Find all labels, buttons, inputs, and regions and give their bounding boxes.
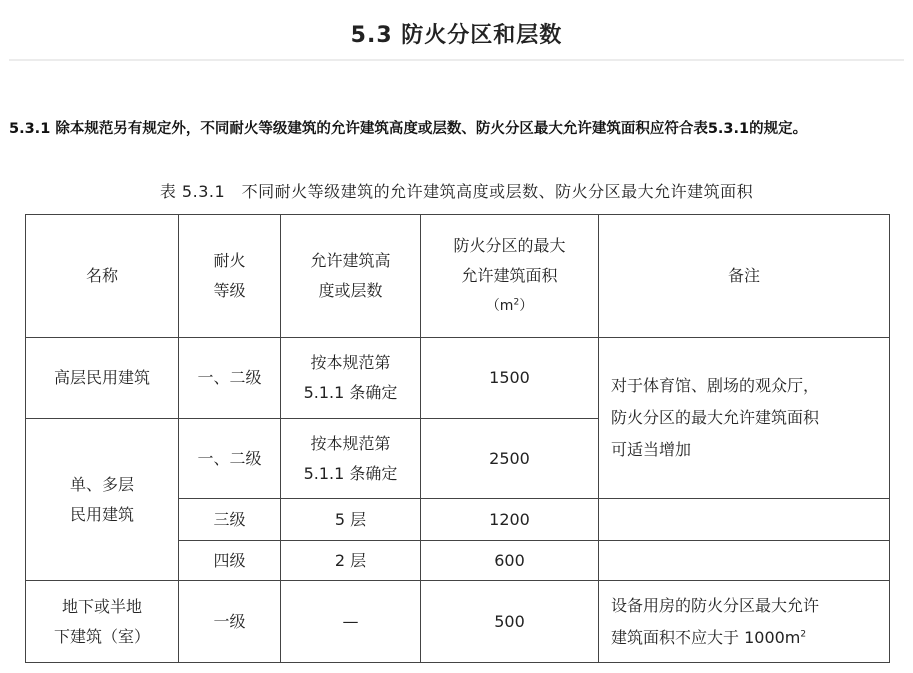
cell-name: 单、多层 民用建筑 xyxy=(26,419,179,581)
header-allowed-height: 允许建筑高 度或层数 xyxy=(281,215,421,338)
cell-height: — xyxy=(281,581,421,663)
table-row: 地下或半地 下建筑（室） 一级 — 500 设备用房的防火分区最大允许 建筑面积… xyxy=(26,581,890,663)
cell-note xyxy=(599,499,890,541)
cell-height: 按本规范第 5.1.1 条确定 xyxy=(281,419,421,499)
cell-note xyxy=(599,541,890,581)
cell-area: 600 xyxy=(421,541,599,581)
cell-note-merged: 对于体育馆、剧场的观众厅， 防火分区的最大允许建筑面积 可适当增加 xyxy=(599,338,890,499)
cell-note: 设备用房的防火分区最大允许 建筑面积不应大于 1000m2 xyxy=(599,581,890,663)
cell-height: 5 层 xyxy=(281,499,421,541)
cell-rating: 一级 xyxy=(179,581,281,663)
cell-height: 2 层 xyxy=(281,541,421,581)
fire-compartment-table: 名称 耐火 等级 允许建筑高 度或层数 防火分区的最大 允许建筑面积 （m2） … xyxy=(25,214,890,663)
section-title: 5.3 防火分区和层数 xyxy=(0,18,913,49)
cell-rating: 四级 xyxy=(179,541,281,581)
cell-area: 2500 xyxy=(421,419,599,499)
clause-paragraph: 5.3.1 除本规范另有规定外，不同耐火等级建筑的允许建筑高度或层数、防火分区最… xyxy=(9,116,904,143)
table-header-row: 名称 耐火 等级 允许建筑高 度或层数 防火分区的最大 允许建筑面积 （m2） … xyxy=(26,215,890,338)
header-notes: 备注 xyxy=(599,215,890,338)
cell-name: 高层民用建筑 xyxy=(26,338,179,419)
header-fire-rating: 耐火 等级 xyxy=(179,215,281,338)
cell-area: 500 xyxy=(421,581,599,663)
cell-rating: 一、二级 xyxy=(179,338,281,419)
title-divider xyxy=(9,59,904,61)
table-caption: 表 5.3.1 不同耐火等级建筑的允许建筑高度或层数、防火分区最大允许建筑面积 xyxy=(0,179,913,202)
cell-name: 地下或半地 下建筑（室） xyxy=(26,581,179,663)
cell-area: 1200 xyxy=(421,499,599,541)
header-name: 名称 xyxy=(26,215,179,338)
table-row: 高层民用建筑 一、二级 按本规范第 5.1.1 条确定 1500 对于体育馆、剧… xyxy=(26,338,890,419)
cell-rating: 三级 xyxy=(179,499,281,541)
cell-height: 按本规范第 5.1.1 条确定 xyxy=(281,338,421,419)
cell-area: 1500 xyxy=(421,338,599,419)
header-max-area: 防火分区的最大 允许建筑面积 （m2） xyxy=(421,215,599,338)
cell-rating: 一、二级 xyxy=(179,419,281,499)
